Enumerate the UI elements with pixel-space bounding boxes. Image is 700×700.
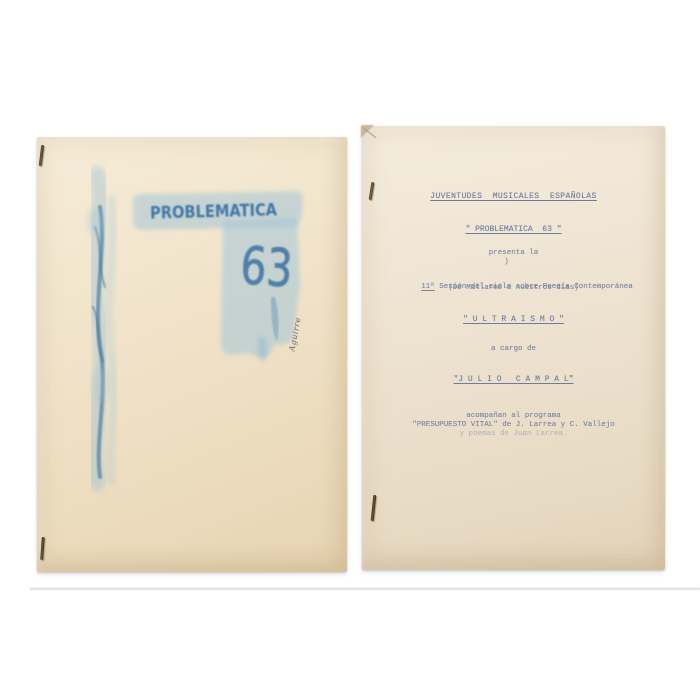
ink-blob — [87, 207, 103, 235]
surface-shadow-line — [30, 588, 700, 590]
ink-blob — [92, 367, 110, 403]
programme-title: " PROBLEMATICA 63 " — [362, 225, 665, 234]
organization-header: JUVENTUDES MUSICALES ESPAÑOLAS — [362, 192, 665, 201]
ink-streak-wash-2 — [108, 199, 114, 481]
session-subtitle: (De Mallarmé a nuestros días) — [362, 284, 665, 293]
stamp-title-text: PROBLEMATICA — [150, 200, 278, 223]
speaker-line: "J U L I O C A M P A L" — [362, 375, 665, 384]
topic-line: " U L T R A I S M O " — [362, 315, 665, 324]
cover-artwork: PROBLEMATICA 63 — [37, 137, 347, 572]
by-line: a cargo de — [362, 345, 665, 354]
stamp-number-text: 63 — [238, 236, 294, 299]
photo-backdrop: PROBLEMATICA 63 Aguirre JUVENTUDES MUSIC… — [0, 0, 700, 700]
program-note: acompañan al programa — [362, 412, 665, 421]
ink-streak — [87, 175, 115, 482]
right-page: JUVENTUDES MUSICALES ESPAÑOLAS " PROBLEM… — [362, 126, 665, 570]
staple-bottom-left — [371, 495, 377, 521]
program-work-line: "PRESUPUESTO VITAL" de J. Larrea y C. Va… — [362, 421, 665, 430]
wash-drip — [258, 337, 267, 363]
program-poems-line: y poemas de Juan Larrea. — [362, 430, 665, 439]
presents-line: presenta la — [362, 249, 665, 258]
left-page: PROBLEMATICA 63 Aguirre — [37, 137, 347, 572]
stray-paren: ) — [362, 258, 665, 267]
